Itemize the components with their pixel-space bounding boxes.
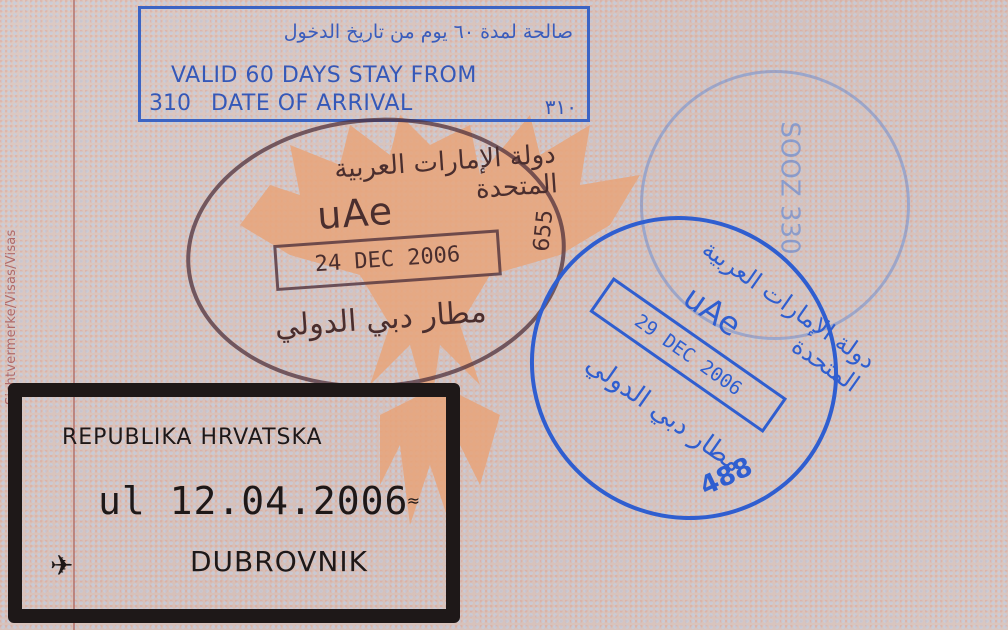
validity-number-right: ٣١٠	[545, 95, 577, 119]
faded-stamp-number: SOOZ 330	[775, 121, 805, 254]
uae-entry-date: 24 DEC 2006	[273, 229, 502, 291]
uae-entry-arabic-bottom: مطار دبي الدولي	[274, 294, 488, 344]
validity-english-line1: VALID 60 DAYS STAY FROM	[171, 63, 477, 88]
validity-number-left: 310	[149, 91, 191, 116]
page-side-label: Sichtvermerke/Visas/Visas	[4, 230, 19, 405]
croatia-sub-mark: ≈	[407, 491, 420, 510]
croatia-country: REPUBLIKA HRVATSKA	[62, 425, 323, 450]
uae-entry-arabic-top: دولة الإمارات العربية المتحدة	[261, 139, 558, 219]
validity-english-line2: DATE OF ARRIVAL	[211, 91, 413, 116]
passport-visa-page: Sichtvermerke/Visas/Visas SOOZ 330 صالحة…	[0, 0, 1008, 630]
uae-entry-code: uAe	[316, 189, 395, 238]
croatia-entry-stamp: REPUBLIKA HRVATSKA ul 12.04.2006 ≈ ✈ DUB…	[8, 383, 460, 623]
validity-arabic-text: صالحة لمدة ٦٠ يوم من تاريخ الدخول	[284, 21, 573, 43]
airplane-icon: ✈	[50, 549, 73, 582]
uae-entry-serial: 655	[529, 209, 558, 253]
validity-stamp: صالحة لمدة ٦٠ يوم من تاريخ الدخول VALID …	[138, 6, 590, 122]
croatia-city: DUBROVNIK	[190, 545, 368, 578]
croatia-date: ul 12.04.2006	[98, 479, 408, 523]
